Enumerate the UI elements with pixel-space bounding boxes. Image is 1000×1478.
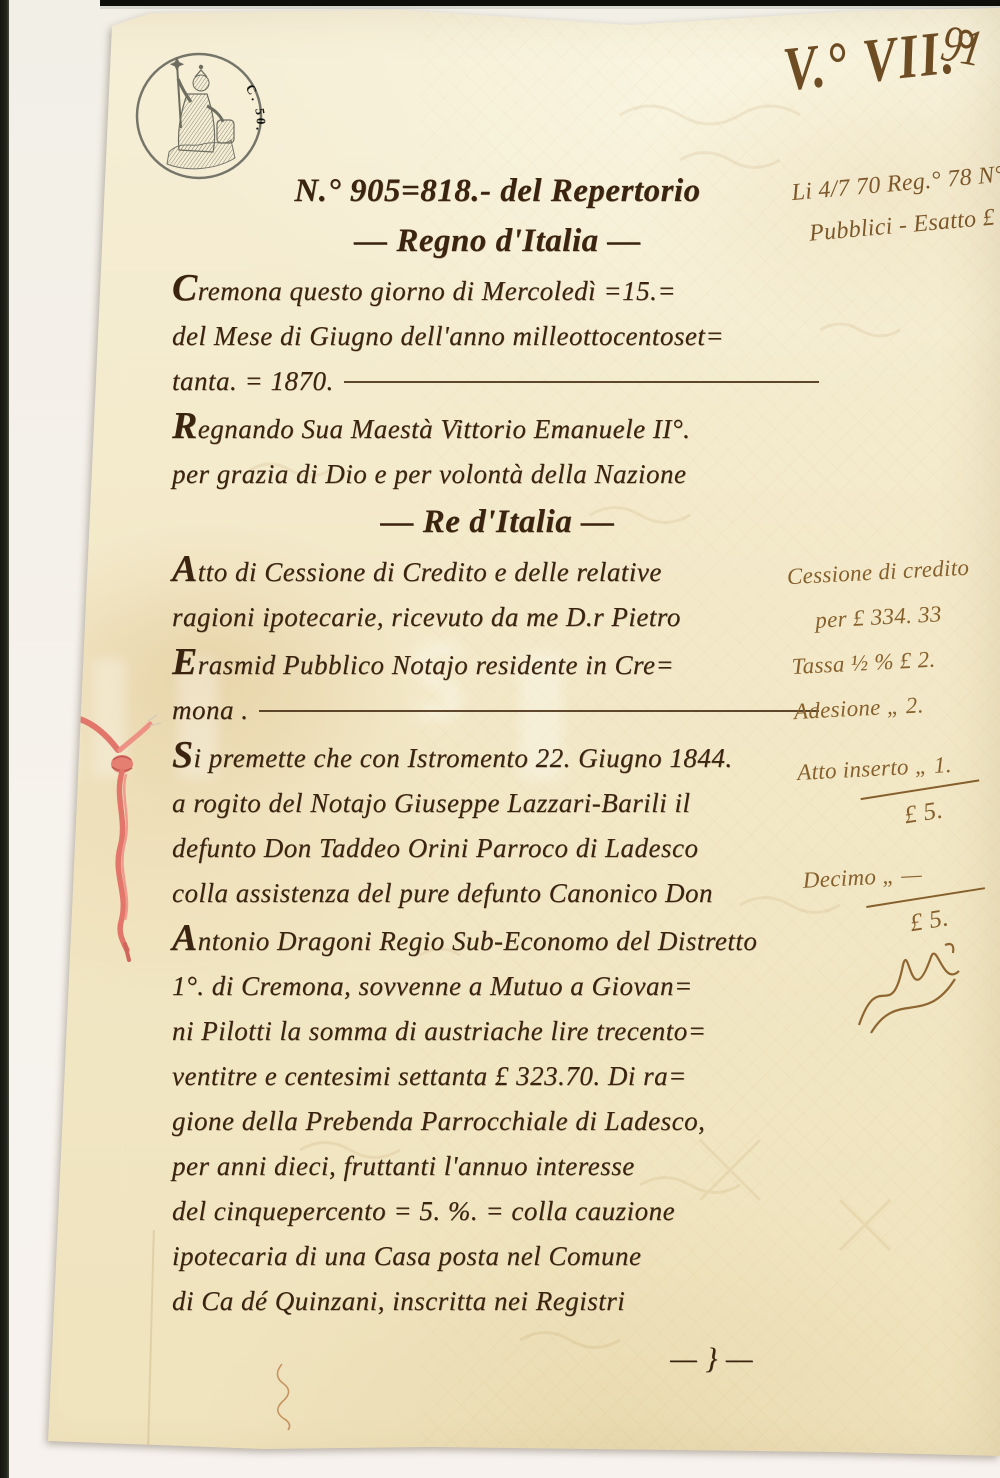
handwritten-text: per anni dieci, fruttanti l'annuo intere… xyxy=(172,1144,635,1189)
manuscript-line: del cinquepercento = 5. %. = colla cauzi… xyxy=(172,1189,823,1234)
handwritten-text: Si premette che con Istromento 22. Giugn… xyxy=(172,733,733,781)
manuscript-line: a rogito del Notajo Giuseppe Lazzari-Bar… xyxy=(172,781,823,826)
manuscript-line: tanta. = 1870. xyxy=(172,359,823,404)
manuscript-line: ragioni ipotecarie, ricevuto da me D.r P… xyxy=(172,595,823,640)
manuscript-line: ventitre e centesimi settanta £ 323.70. … xyxy=(172,1054,823,1099)
handwritten-text: Cremona questo giorno di Mercoledì =15.= xyxy=(172,266,676,314)
handwritten-text: Cessione di credito xyxy=(786,545,971,599)
stamp-value-label: C. 50. xyxy=(243,81,267,134)
handwritten-text: — Regno d'Italia — xyxy=(354,216,641,266)
manuscript-line: 1°. di Cremona, sovvenne a Mutuo a Giova… xyxy=(172,964,823,1009)
paper-crease xyxy=(147,1230,155,1445)
manuscript-line: ipotecaria di una Casa posta nel Comune xyxy=(172,1234,823,1279)
manuscript-line: gione della Prebenda Parrocchiale di Lad… xyxy=(172,1099,823,1144)
manuscript-line: — Regno d'Italia — xyxy=(172,216,823,266)
manuscript-line: colla assistenza del pure defunto Canoni… xyxy=(172,871,823,916)
handwritten-text: del Mese di Giugno dell'anno milleottoce… xyxy=(172,314,724,359)
handwritten-text: ni Pilotti la somma di austriache lire t… xyxy=(172,1009,706,1054)
fascicle-corner-mark: 17/ xyxy=(36,3,109,92)
handwritten-text: mona . xyxy=(172,688,249,733)
manuscript-line: Regnando Sua Maestà Vittorio Emanuele II… xyxy=(172,404,823,452)
handwritten-text: ventitre e centesimi settanta £ 323.70. … xyxy=(172,1054,687,1099)
svg-text:C. 50.: C. 50. xyxy=(243,81,267,134)
manuscript-line: di Ca dé Quinzani, inscritta nei Registr… xyxy=(172,1279,823,1324)
ink-rule xyxy=(344,381,819,383)
manuscript-line: Cremona questo giorno di Mercoledì =15.= xyxy=(172,266,823,314)
handwritten-text: per £ 334. 33 xyxy=(814,591,943,643)
notary-paraph-flourish xyxy=(845,925,975,1055)
manuscript-line: Erasmid Pubblico Notajo residente in Cre… xyxy=(172,640,823,688)
handwritten-text: defunto Don Taddeo Orini Parroco di Lade… xyxy=(172,826,699,871)
handwritten-text: — Re d'Italia — xyxy=(381,497,615,547)
manuscript-line: — } — xyxy=(172,1336,823,1381)
binding-string xyxy=(36,688,166,973)
handwritten-text: Regnando Sua Maestà Vittorio Emanuele II… xyxy=(172,404,690,452)
stamp-staff xyxy=(177,64,181,128)
manuscript-line: del Mese di Giugno dell'anno milleottoce… xyxy=(172,314,823,359)
handwritten-text: Decimo „ — xyxy=(802,852,923,903)
handwritten-text: £ 5. xyxy=(901,788,946,839)
manuscript-line: defunto Don Taddeo Orini Parroco di Lade… xyxy=(172,826,823,871)
handwritten-text: ragioni ipotecarie, ricevuto da me D.r P… xyxy=(172,595,681,640)
manuscript-line: — Re d'Italia — xyxy=(172,497,823,547)
paper-sheet: C. 50. 17/ V.° VII.° 91 Li 4/7 70 Reg.° … xyxy=(0,0,1000,1478)
manuscript-line: Si premette che con Istromento 22. Giugn… xyxy=(172,733,823,781)
manuscript-line: Antonio Dragoni Regio Sub-Economo del Di… xyxy=(172,916,823,964)
handwritten-text: ipotecaria di una Casa posta nel Comune xyxy=(172,1234,641,1279)
revenue-stamp-seal-icon: C. 50. xyxy=(131,48,267,184)
scanned-notarial-document: C. 50. 17/ V.° VII.° 91 Li 4/7 70 Reg.° … xyxy=(0,0,1000,1478)
manuscript-line: Atto di Cessione di Credito e delle rela… xyxy=(172,547,823,595)
handwritten-text: colla assistenza del pure defunto Canoni… xyxy=(172,871,713,916)
handwritten-text: del cinquepercento = 5. %. = colla cauzi… xyxy=(172,1189,675,1234)
stamp-shield xyxy=(217,120,234,143)
handwritten-text: per grazia di Dio e per volontà della Na… xyxy=(172,452,686,497)
ink-rule xyxy=(259,710,820,712)
handwritten-text: di Ca dé Quinzani, inscritta nei Registr… xyxy=(172,1279,625,1324)
handwritten-text: Erasmid Pubblico Notajo residente in Cre… xyxy=(172,640,674,688)
handwritten-text: tanta. = 1870. xyxy=(172,359,334,404)
handwritten-text: gione della Prebenda Parrocchiale di Lad… xyxy=(172,1099,705,1144)
paper-sheet-wrap: C. 50. 17/ V.° VII.° 91 Li 4/7 70 Reg.° … xyxy=(0,0,1000,1478)
manuscript-line: N.° 905=818.- del Repertorio xyxy=(172,166,823,216)
manuscript-line: per grazia di Dio e per volontà della Na… xyxy=(172,452,823,497)
handwritten-text: Atto di Cessione di Credito e delle rela… xyxy=(172,547,662,595)
margin-fee-notes: Cessione di creditoper £ 334. 33Tassa ½ … xyxy=(786,542,1000,949)
manuscript-line: ni Pilotti la somma di austriache lire t… xyxy=(172,1009,823,1054)
manuscript-line: mona . xyxy=(172,688,823,733)
stamp-figure-body xyxy=(178,94,214,152)
handwritten-text: 1°. di Cremona, sovvenne a Mutuo a Giova… xyxy=(172,964,693,1009)
handwritten-text: N.° 905=818.- del Repertorio xyxy=(294,166,700,216)
handwritten-text: — } — xyxy=(670,1336,753,1381)
handwritten-text: Tassa ½ % £ 2. xyxy=(791,637,937,689)
handwritten-text: Antonio Dragoni Regio Sub-Economo del Di… xyxy=(172,916,757,964)
manuscript-line: per anni dieci, fruttanti l'annuo intere… xyxy=(172,1144,823,1189)
manuscript-body: N.° 905=818.- del Repertorio— Regno d'It… xyxy=(172,166,823,1381)
handwritten-text: a rogito del Notajo Giuseppe Lazzari-Bar… xyxy=(172,781,691,826)
stamp-figure-head xyxy=(193,75,209,91)
handwritten-text: Adesione „ 2. xyxy=(793,682,925,734)
